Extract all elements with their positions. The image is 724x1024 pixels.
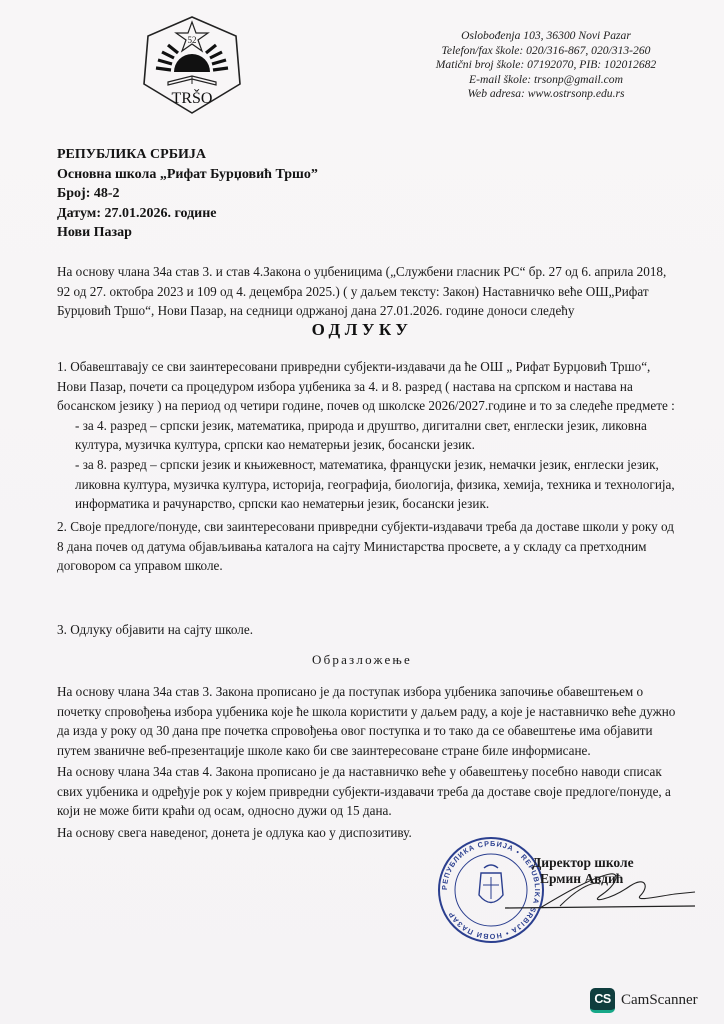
decision-title: ОДЛУКУ — [0, 320, 724, 340]
document-number: Број: 48-2 — [57, 184, 318, 204]
svg-text:52: 52 — [188, 35, 197, 45]
decision-item-1: 1. Обавештавају се сви заинтересовани пр… — [57, 357, 679, 514]
rationale-title: Образложење — [0, 652, 724, 668]
document-city: Нови Пазар — [57, 223, 318, 243]
handwritten-signature-icon — [500, 856, 700, 916]
rationale-paragraph-1: На основу члана 34а став 3. Закона пропи… — [57, 682, 679, 760]
school-web: Web adresa: www.ostrsonp.edu.rs — [408, 87, 684, 102]
school-name: Основна школа „Рифат Бурџовић Тршо” — [57, 165, 318, 185]
decision-item-1-text: 1. Обавештавају се сви заинтересовани пр… — [57, 357, 679, 416]
document-header: РЕПУБЛИКА СРБИЈА Основна школа „Рифат Бу… — [57, 145, 318, 243]
grade-8-subjects: - за 8. разред – српски језик и књижевно… — [57, 455, 679, 514]
school-address: Oslobođenja 103, 36300 Novi Pazar — [408, 29, 684, 44]
decision-item-3: 3. Одлуку објавити на сајту школе. — [57, 620, 679, 640]
grade-4-subjects: - за 4. разред – српски језик, математик… — [57, 416, 679, 455]
document-date: Датум: 27.01.2026. године — [57, 204, 318, 224]
letterhead-contact: Oslobođenja 103, 36300 Novi Pazar Telefo… — [408, 29, 684, 102]
intro-paragraph: На основу члана 34а став 3. и став 4.Зак… — [57, 262, 679, 321]
camscanner-watermark: CS CamScanner — [590, 988, 698, 1013]
rationale-paragraph-3: На основу свега наведеног, донета је одл… — [57, 823, 679, 843]
school-logo-icon: 52 TRŠO — [140, 14, 244, 116]
camscanner-logo-icon: CS — [590, 988, 615, 1013]
svg-text:TRŠO: TRŠO — [172, 88, 213, 107]
rationale-paragraph-2: На основу члана 34а став 4. Закона пропи… — [57, 762, 679, 821]
decision-item-2: 2. Своје предлоге/понуде, сви заинтересо… — [57, 517, 679, 576]
camscanner-label: CamScanner — [621, 992, 698, 1009]
document-page: 52 TRŠO Oslobođenja 103, 36300 Novi Paza… — [0, 0, 724, 1024]
republic-label: РЕПУБЛИКА СРБИЈА — [57, 145, 318, 165]
school-phone: Telefon/fax škole: 020/316-867, 020/313-… — [408, 44, 684, 59]
school-email: E-mail škole: trsonp@gmail.com — [408, 73, 684, 88]
school-ids: Matični broj škole: 07192070, PIB: 10201… — [408, 58, 684, 73]
